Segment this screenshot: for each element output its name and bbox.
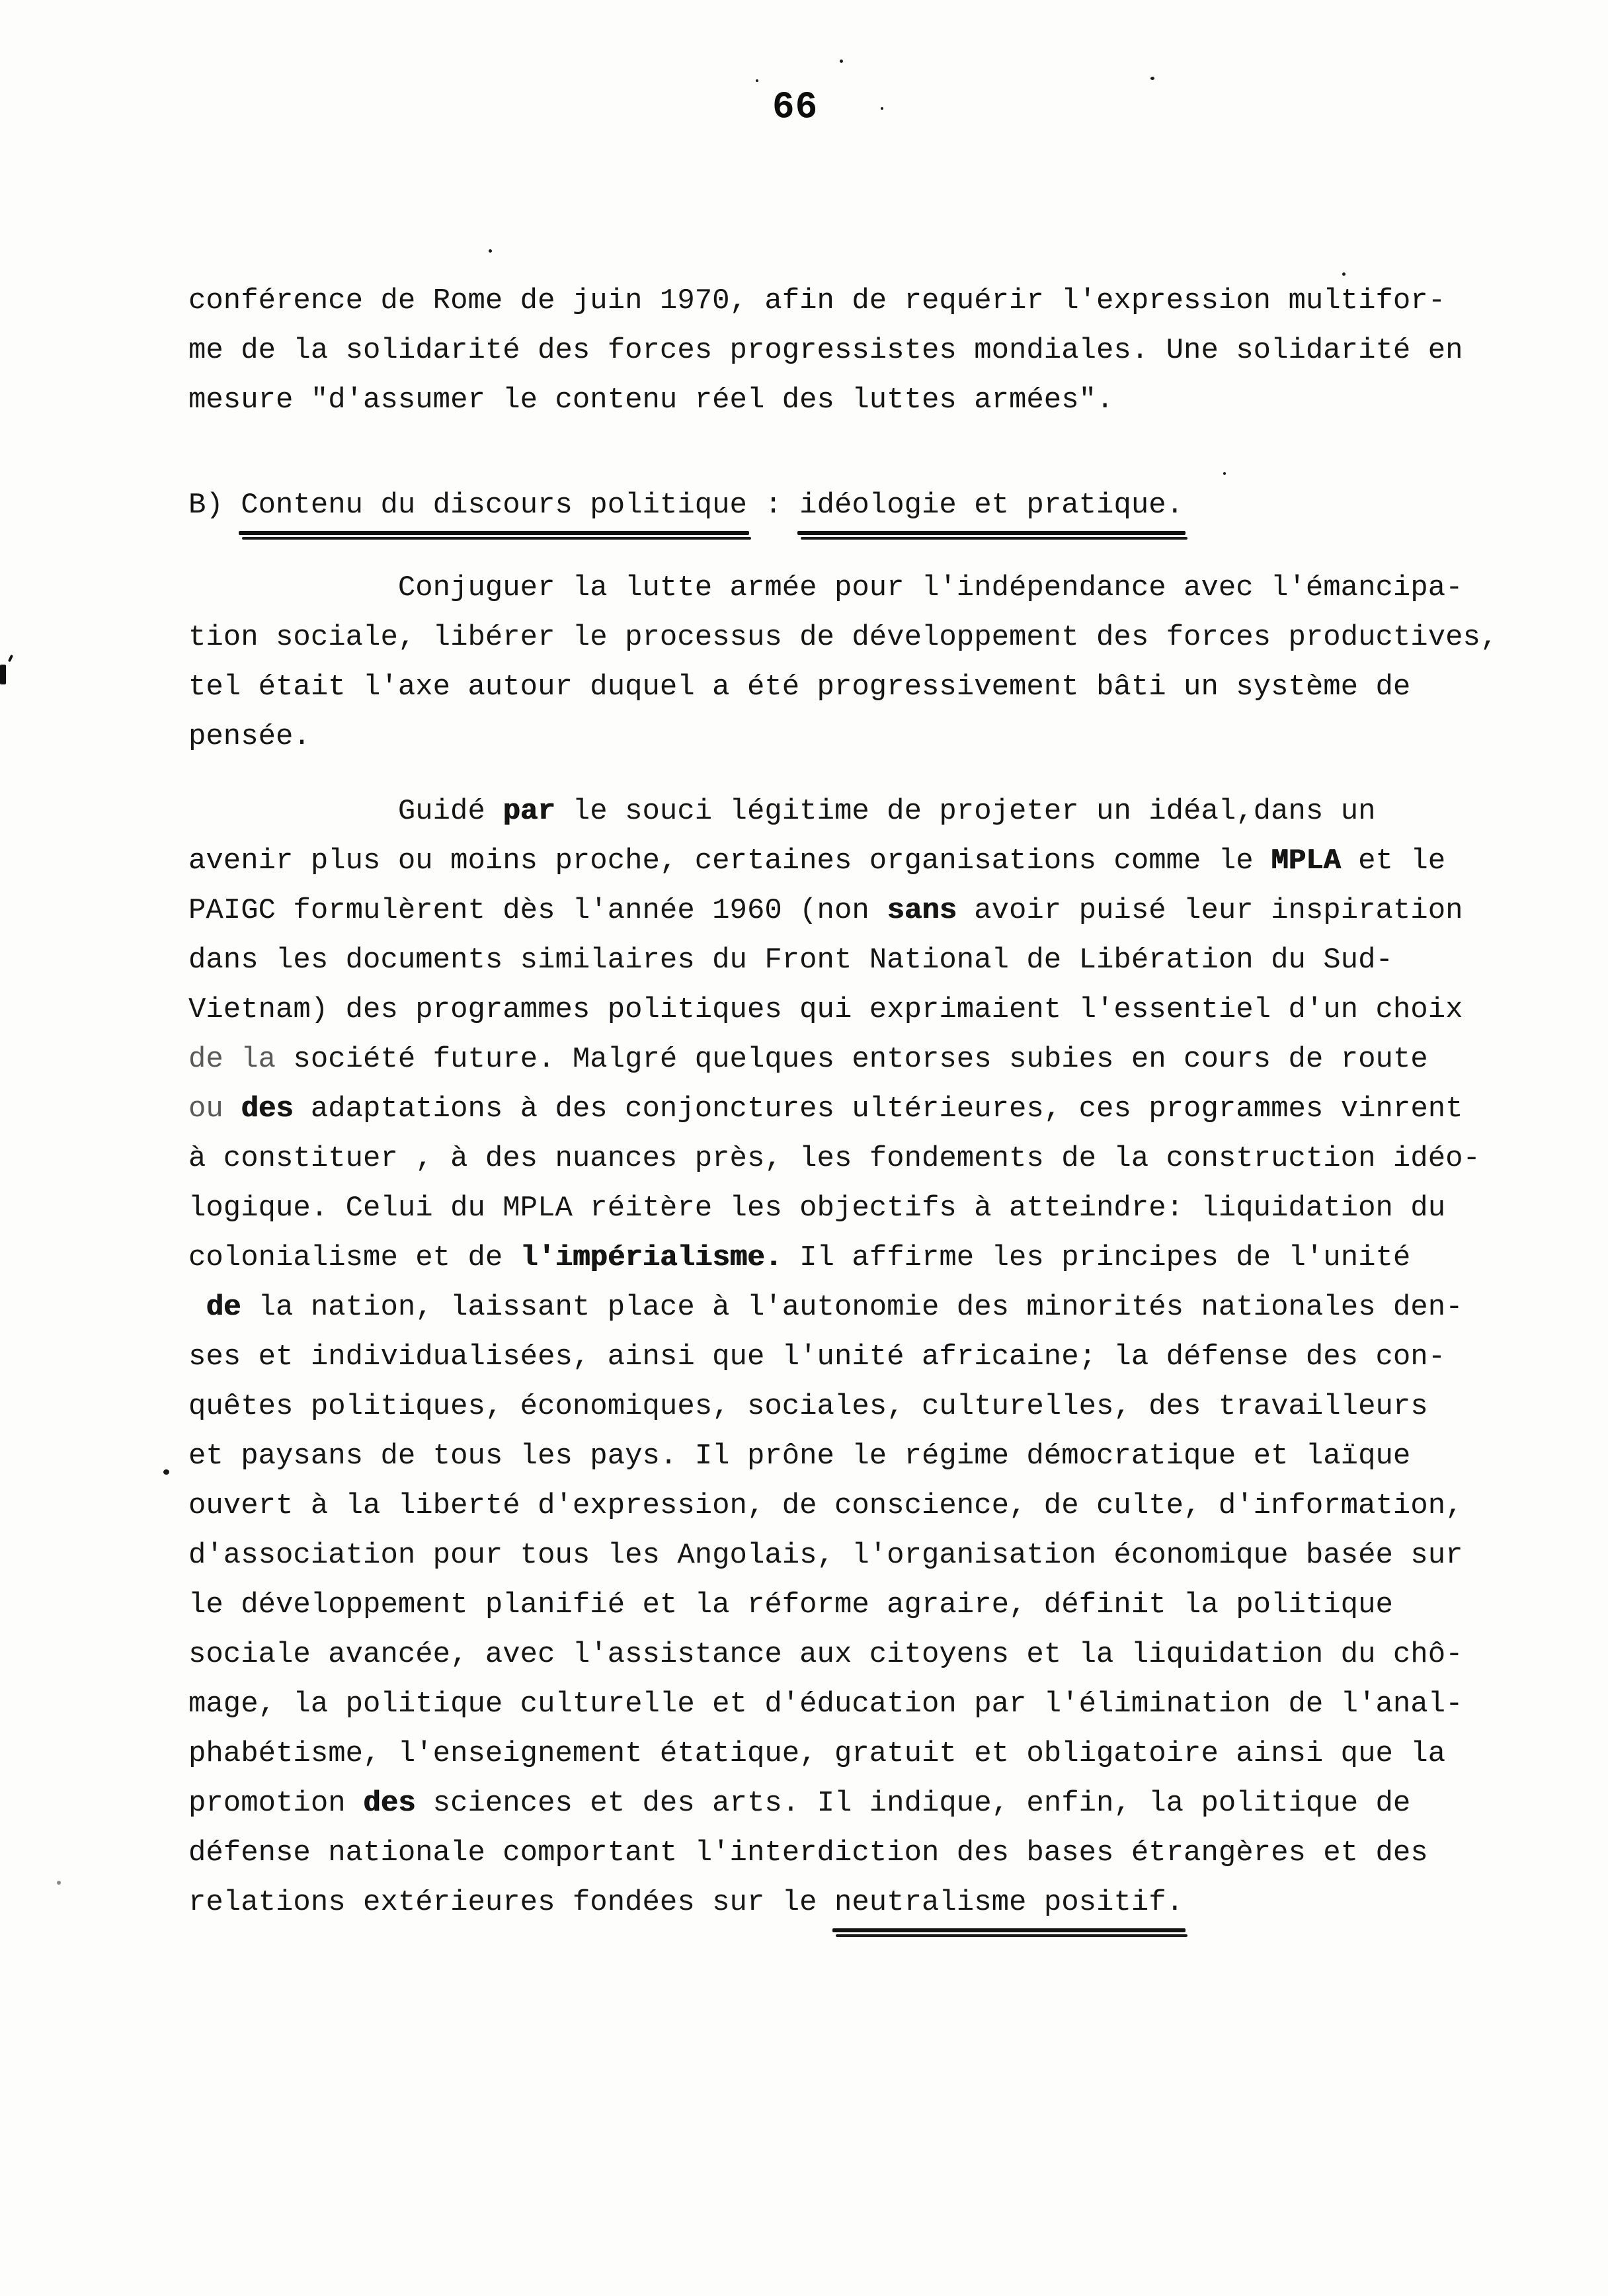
text-line: me de la solidarité des forces progressi… bbox=[188, 326, 1550, 376]
text-segment: sciences et des arts. Il indique, enfin,… bbox=[415, 1787, 1410, 1820]
text-segment: tel était l'axe autour duquel a été prog… bbox=[188, 671, 1410, 704]
text-segment: défense nationale comportant l'interdict… bbox=[188, 1836, 1428, 1869]
text-line: de la nation, laissant place à l'autonom… bbox=[188, 1283, 1550, 1332]
ink-speck bbox=[1342, 272, 1346, 276]
text-segment: mesure "d'assumer le contenu réel des lu… bbox=[188, 384, 1113, 417]
text-segment: avenir plus ou moins proche, certaines o… bbox=[188, 844, 1271, 878]
text-line: logique. Celui du MPLA réitère les objec… bbox=[188, 1184, 1550, 1233]
text-line: tel était l'axe autour duquel a été prog… bbox=[188, 663, 1550, 712]
text-segment: ouvert à la liberté d'expression, de con… bbox=[188, 1489, 1463, 1522]
text-segment: société future. Malgré quelques entorses… bbox=[276, 1043, 1428, 1076]
text-line: ses et individualisées, ainsi que l'unit… bbox=[188, 1332, 1550, 1382]
text-segment: promotion bbox=[188, 1787, 363, 1820]
text-segment: le développement planifié et la réforme … bbox=[188, 1588, 1393, 1621]
text-segment: conférence de Rome de juin 1970, afin de… bbox=[188, 284, 1445, 317]
text-segment: Il affirme les principes de l'unité bbox=[782, 1241, 1411, 1274]
text-segment: de bbox=[206, 1291, 241, 1324]
text-line: défense nationale comportant l'interdict… bbox=[188, 1828, 1550, 1878]
text-line: mage, la politique culturelle et d'éduca… bbox=[188, 1680, 1550, 1729]
text-line: phabétisme, l'enseignement étatique, gra… bbox=[188, 1729, 1550, 1779]
text-segment: me de la solidarité des forces progressi… bbox=[188, 334, 1463, 367]
text-line: relations extérieures fondées sur le neu… bbox=[188, 1878, 1550, 1928]
text-line: avenir plus ou moins proche, certaines o… bbox=[188, 837, 1550, 886]
ink-speck bbox=[1150, 77, 1154, 80]
text-segment: Guidé bbox=[398, 795, 502, 828]
text-line: Guidé par le souci légitime de projeter … bbox=[188, 787, 1550, 837]
text-segment: d'association pour tous les Angolais, l'… bbox=[188, 1539, 1463, 1572]
text-segment: Vietnam) des programmes politiques qui e… bbox=[188, 993, 1463, 1026]
text-line: B) Contenu du discours politique : idéol… bbox=[188, 481, 1550, 530]
stray-period-mark bbox=[163, 1469, 169, 1475]
text-line: conférence de Rome de juin 1970, afin de… bbox=[188, 276, 1550, 326]
page-number: 66 bbox=[772, 85, 818, 128]
text-segment: logique. Celui du MPLA réitère les objec… bbox=[188, 1192, 1445, 1225]
text-line: ouvert à la liberté d'expression, de con… bbox=[188, 1481, 1550, 1531]
paragraph-continuation: conférence de Rome de juin 1970, afin de… bbox=[188, 276, 1550, 425]
ink-speck bbox=[489, 249, 492, 253]
text-segment: à constituer , à des nuances près, les f… bbox=[188, 1142, 1480, 1175]
text-segment: B) bbox=[188, 489, 241, 522]
underlined-text: neutralisme positif. bbox=[834, 1878, 1184, 1928]
text-line: ou des adaptations à des conjonctures ul… bbox=[188, 1085, 1550, 1134]
ink-speck bbox=[881, 107, 883, 110]
text-segment: la nation, laissant place à l'autonomie … bbox=[241, 1291, 1463, 1324]
text-segment: le souci légitime de projeter un idéal,d… bbox=[555, 795, 1376, 828]
text-line: promotion des sciences et des arts. Il i… bbox=[188, 1779, 1550, 1828]
text-segment: relations extérieures fondées sur le bbox=[188, 1886, 834, 1919]
text-segment: quêtes politiques, économiques, sociales… bbox=[188, 1390, 1428, 1423]
text-segment: ou bbox=[188, 1092, 241, 1126]
text-line: le développement planifié et la réforme … bbox=[188, 1580, 1550, 1630]
text-segment: ses et individualisées, ainsi que l'unit… bbox=[188, 1340, 1445, 1373]
text-segment: dans les documents similaires du Front N… bbox=[188, 944, 1393, 977]
paragraph-guide: Guidé par le souci légitime de projeter … bbox=[188, 787, 1550, 1928]
text-segment: tion sociale, libérer le processus de dé… bbox=[188, 621, 1498, 654]
text-segment: mage, la politique culturelle et d'éduca… bbox=[188, 1688, 1463, 1721]
text-segment: pensée. bbox=[188, 720, 311, 753]
text-segment bbox=[188, 1291, 206, 1324]
text-segment: par bbox=[502, 795, 555, 828]
text-segment: des bbox=[363, 1787, 415, 1820]
text-segment: l'impérialisme. bbox=[520, 1241, 782, 1274]
ink-speck bbox=[57, 1881, 61, 1885]
text-line: quêtes politiques, économiques, sociales… bbox=[188, 1382, 1550, 1432]
text-segment: PAIGC formulèrent dès l'année 1960 (non bbox=[188, 894, 887, 927]
text-line: colonialisme et de l'impérialisme. Il af… bbox=[188, 1233, 1550, 1283]
text-segment: avoir puisé leur inspiration bbox=[957, 894, 1463, 927]
left-margin-mark bbox=[0, 665, 6, 684]
text-segment: MPLA bbox=[1271, 844, 1341, 878]
text-line: Vietnam) des programmes politiques qui e… bbox=[188, 985, 1550, 1035]
text-segment: et le bbox=[1341, 844, 1445, 878]
underlined-text: idéologie et pratique. bbox=[799, 481, 1184, 530]
text-line: pensée. bbox=[188, 712, 1550, 762]
text-segment: adaptations à des conjonctures ultérieur… bbox=[293, 1092, 1463, 1126]
text-segment: sans bbox=[887, 894, 957, 927]
left-margin-mark bbox=[8, 655, 13, 663]
text-line: sociale avancée, avec l'assistance aux c… bbox=[188, 1630, 1550, 1680]
text-segment: colonialisme et de bbox=[188, 1241, 520, 1274]
text-line: d'association pour tous les Angolais, l'… bbox=[188, 1531, 1550, 1580]
text-line: à constituer , à des nuances près, les f… bbox=[188, 1134, 1550, 1184]
text-segment: Conjuguer la lutte armée pour l'indépend… bbox=[398, 571, 1463, 604]
text-segment: et paysans de tous les pays. Il prône le… bbox=[188, 1440, 1410, 1473]
section-heading: B) Contenu du discours politique : idéol… bbox=[188, 481, 1550, 530]
underlined-text: Contenu du discours politique bbox=[241, 481, 747, 530]
scanned-document-page: 66 conférence de Rome de juin 1970, afin… bbox=[0, 0, 1608, 2296]
text-line: de la société future. Malgré quelques en… bbox=[188, 1035, 1550, 1085]
ink-speck bbox=[840, 60, 843, 63]
text-line: mesure "d'assumer le contenu réel des lu… bbox=[188, 376, 1550, 425]
paragraph-conjuguer: Conjuguer la lutte armée pour l'indépend… bbox=[188, 563, 1550, 762]
text-line: PAIGC formulèrent dès l'année 1960 (non … bbox=[188, 886, 1550, 936]
ink-speck bbox=[756, 79, 758, 82]
text-segment: de la bbox=[188, 1043, 276, 1076]
text-line: et paysans de tous les pays. Il prône le… bbox=[188, 1432, 1550, 1481]
text-segment: sociale avancée, avec l'assistance aux c… bbox=[188, 1638, 1463, 1671]
text-segment: : bbox=[747, 489, 799, 522]
text-line: tion sociale, libérer le processus de dé… bbox=[188, 613, 1550, 663]
text-segment: phabétisme, l'enseignement étatique, gra… bbox=[188, 1737, 1445, 1770]
text-line: dans les documents similaires du Front N… bbox=[188, 936, 1550, 985]
text-segment: des bbox=[241, 1092, 293, 1126]
ink-speck bbox=[1223, 472, 1226, 475]
text-line: Conjuguer la lutte armée pour l'indépend… bbox=[188, 563, 1550, 613]
